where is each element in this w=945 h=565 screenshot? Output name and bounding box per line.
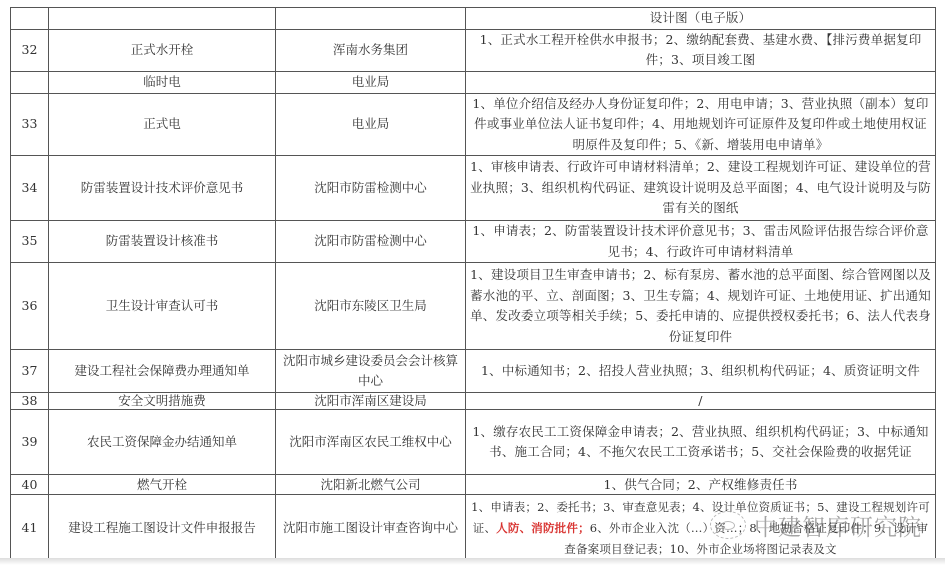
- table-row: 41 建设工程施工图设计文件申报报告 沈阳市施工图设计审查咨询中心 1、申请表；…: [11, 495, 936, 563]
- dept-cell: 电业局: [276, 71, 466, 93]
- table-row: 38 安全文明措施费 沈阳市浑南区建设局 /: [11, 393, 936, 410]
- dept-cell: 浑南水务集团: [276, 29, 466, 71]
- row-number: 33: [11, 93, 49, 156]
- row-number: 35: [11, 221, 49, 263]
- row-number: [11, 71, 49, 93]
- dept-cell: [276, 8, 466, 30]
- row-number: 34: [11, 156, 49, 221]
- row-number: 32: [11, 29, 49, 71]
- item-cell: [49, 8, 276, 30]
- table-row: 34 防雷装置设计技术评价意见书 沈阳市防雷检测中心 1、审核申请表、行政许可申…: [11, 156, 936, 221]
- item-cell: 正式水开栓: [49, 29, 276, 71]
- row-number: 37: [11, 350, 49, 393]
- table-row: 32 正式水开栓 浑南水务集团 1、正式水工程开栓供水申报书；2、缴纳配套费、基…: [11, 29, 936, 71]
- requirements-cell: /: [466, 393, 936, 410]
- table-row: 35 防雷装置设计核准书 沈阳市防雷检测中心 1、申请表；2、防雷装置设计技术评…: [11, 221, 936, 263]
- dept-cell: 沈阳市东陵区卫生局: [276, 263, 466, 350]
- item-cell: 正式电: [49, 93, 276, 156]
- requirements-cell: 1、申请表；2、防雷装置设计技术评价意见书；3、雷击风险评估报告综合评价意见书；…: [466, 221, 936, 263]
- highlighted-requirement: 人防、消防批件；: [496, 521, 590, 535]
- item-cell: 防雷装置设计核准书: [49, 221, 276, 263]
- requirements-cell: 1、缴存农民工工资保障金申请表；2、营业执照、组织机构代码证；3、中标通知书、施…: [466, 410, 936, 475]
- requirements-cell: 1、供气合同；2、产权维修责任书: [466, 475, 936, 495]
- table-row: 临时电 电业局: [11, 71, 936, 93]
- dept-cell: 电业局: [276, 93, 466, 156]
- row-number: 36: [11, 263, 49, 350]
- item-cell: 农民工资保障金办结通知单: [49, 410, 276, 475]
- dept-cell: 沈阳市城乡建设委员会会计核算中心: [276, 350, 466, 393]
- requirements-cell: 1、审核申请表、行政许可申请材料清单；2、建设工程规划许可证、建设单位的营业执照…: [466, 156, 936, 221]
- item-cell: 建设工程社会保障费办理通知单: [49, 350, 276, 393]
- table-row: 设计图（电子版）: [11, 8, 936, 30]
- table-row: 40 燃气开栓 沈阳新北燃气公司 1、供气合同；2、产权维修责任书: [11, 475, 936, 495]
- row-number: 38: [11, 393, 49, 410]
- item-cell: 燃气开栓: [49, 475, 276, 495]
- dept-cell: 沈阳新北燃气公司: [276, 475, 466, 495]
- requirements-cell: 设计图（电子版）: [466, 8, 936, 30]
- row-number: 40: [11, 475, 49, 495]
- item-cell: 防雷装置设计技术评价意见书: [49, 156, 276, 221]
- item-cell: 建设工程施工图设计文件申报报告: [49, 495, 276, 563]
- row-number: 39: [11, 410, 49, 475]
- requirements-cell: 1、建设项目卫生审查申请书；2、标有泵房、蓄水池的总平面图、综合管网图以及蓄水池…: [466, 263, 936, 350]
- requirements-cell: 1、中标通知书；2、招投人营业执照；3、组织机构代码证；4、质资证明文件: [466, 350, 936, 393]
- dept-cell: 沈阳市浑南区建设局: [276, 393, 466, 410]
- requirements-cell: 1、单位介绍信及经办人身份证复印件；2、用电申请；3、营业执照（副本）复印件或事…: [466, 93, 936, 156]
- table-row: 33 正式电 电业局 1、单位介绍信及经办人身份证复印件；2、用电申请；3、营业…: [11, 93, 936, 156]
- dept-cell: 沈阳市浑南区农民工维权中心: [276, 410, 466, 475]
- table-row: 37 建设工程社会保障费办理通知单 沈阳市城乡建设委员会会计核算中心 1、中标通…: [11, 350, 936, 393]
- table-row: 39 农民工资保障金办结通知单 沈阳市浑南区农民工维权中心 1、缴存农民工工资保…: [11, 410, 936, 475]
- table-row: 36 卫生设计审查认可书 沈阳市东陵区卫生局 1、建设项目卫生审查申请书；2、标…: [11, 263, 936, 350]
- dept-cell: 沈阳市防雷检测中心: [276, 221, 466, 263]
- requirements-cell: 1、申请表；2、委托书；3、审查意见表；4、设计单位资质证书；5、建设工程规划许…: [466, 495, 936, 563]
- requirements-table: 设计图（电子版） 32 正式水开栓 浑南水务集团 1、正式水工程开栓供水申报书；…: [10, 7, 936, 563]
- row-number: [11, 8, 49, 30]
- requirements-text: 6、外市企业入沈（…）资…；8、地勘合格证复印件；9、设计审查备案项目登记表；1…: [564, 521, 928, 556]
- requirements-cell: [466, 71, 936, 93]
- dept-cell: 沈阳市防雷检测中心: [276, 156, 466, 221]
- dept-cell: 沈阳市施工图设计审查咨询中心: [276, 495, 466, 563]
- row-number: 41: [11, 495, 49, 563]
- requirements-cell: 1、正式水工程开栓供水申报书；2、缴纳配套费、基建水费、【排污费单据复印件；3、…: [466, 29, 936, 71]
- item-cell: 临时电: [49, 71, 276, 93]
- item-cell: 卫生设计审查认可书: [49, 263, 276, 350]
- item-cell: 安全文明措施费: [49, 393, 276, 410]
- page-edge-shadow: [0, 558, 945, 565]
